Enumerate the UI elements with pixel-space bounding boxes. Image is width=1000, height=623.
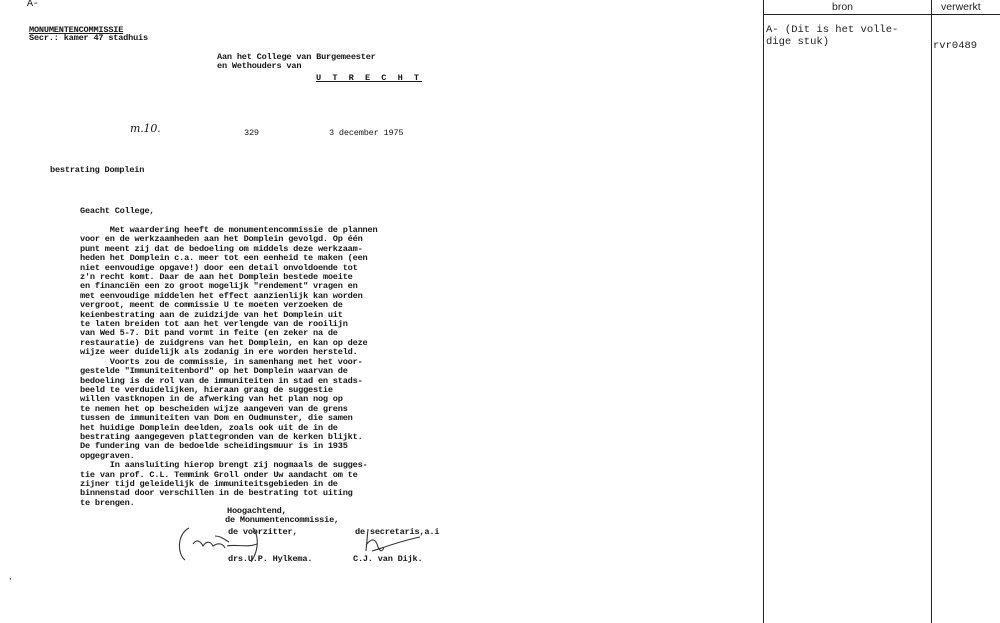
signature-chair <box>175 520 275 568</box>
salutation: Geacht College, <box>80 207 154 216</box>
sender-address: Secr.: kamer 47 stadhuis <box>29 34 148 43</box>
table-cell-bron: A- (Dit is het volle- dige stuk) <box>766 25 898 48</box>
column-header-bron: bron <box>832 1 853 13</box>
addressee-line-2: en Wethouders van <box>217 62 301 71</box>
table-header-line <box>763 14 1000 15</box>
letter-body: Met waardering heeft de monumentencommis… <box>80 226 377 508</box>
reference-number: 329 <box>244 129 259 138</box>
signature-secretary <box>362 525 442 565</box>
scan-speck: · <box>8 575 13 584</box>
table-divider <box>931 0 932 623</box>
table-border-left <box>763 0 764 623</box>
addressee-city: U T R E C H T <box>316 74 422 83</box>
letter-subject: bestrating Domplein <box>50 166 144 175</box>
letter-date: 3 december 1975 <box>329 129 403 138</box>
table-cell-verwerkt: rvr0489 <box>933 41 977 53</box>
corner-mark: A- <box>27 0 39 9</box>
column-header-verwerkt: verwerkt <box>941 1 981 13</box>
handwritten-note: m.10. <box>130 124 160 133</box>
